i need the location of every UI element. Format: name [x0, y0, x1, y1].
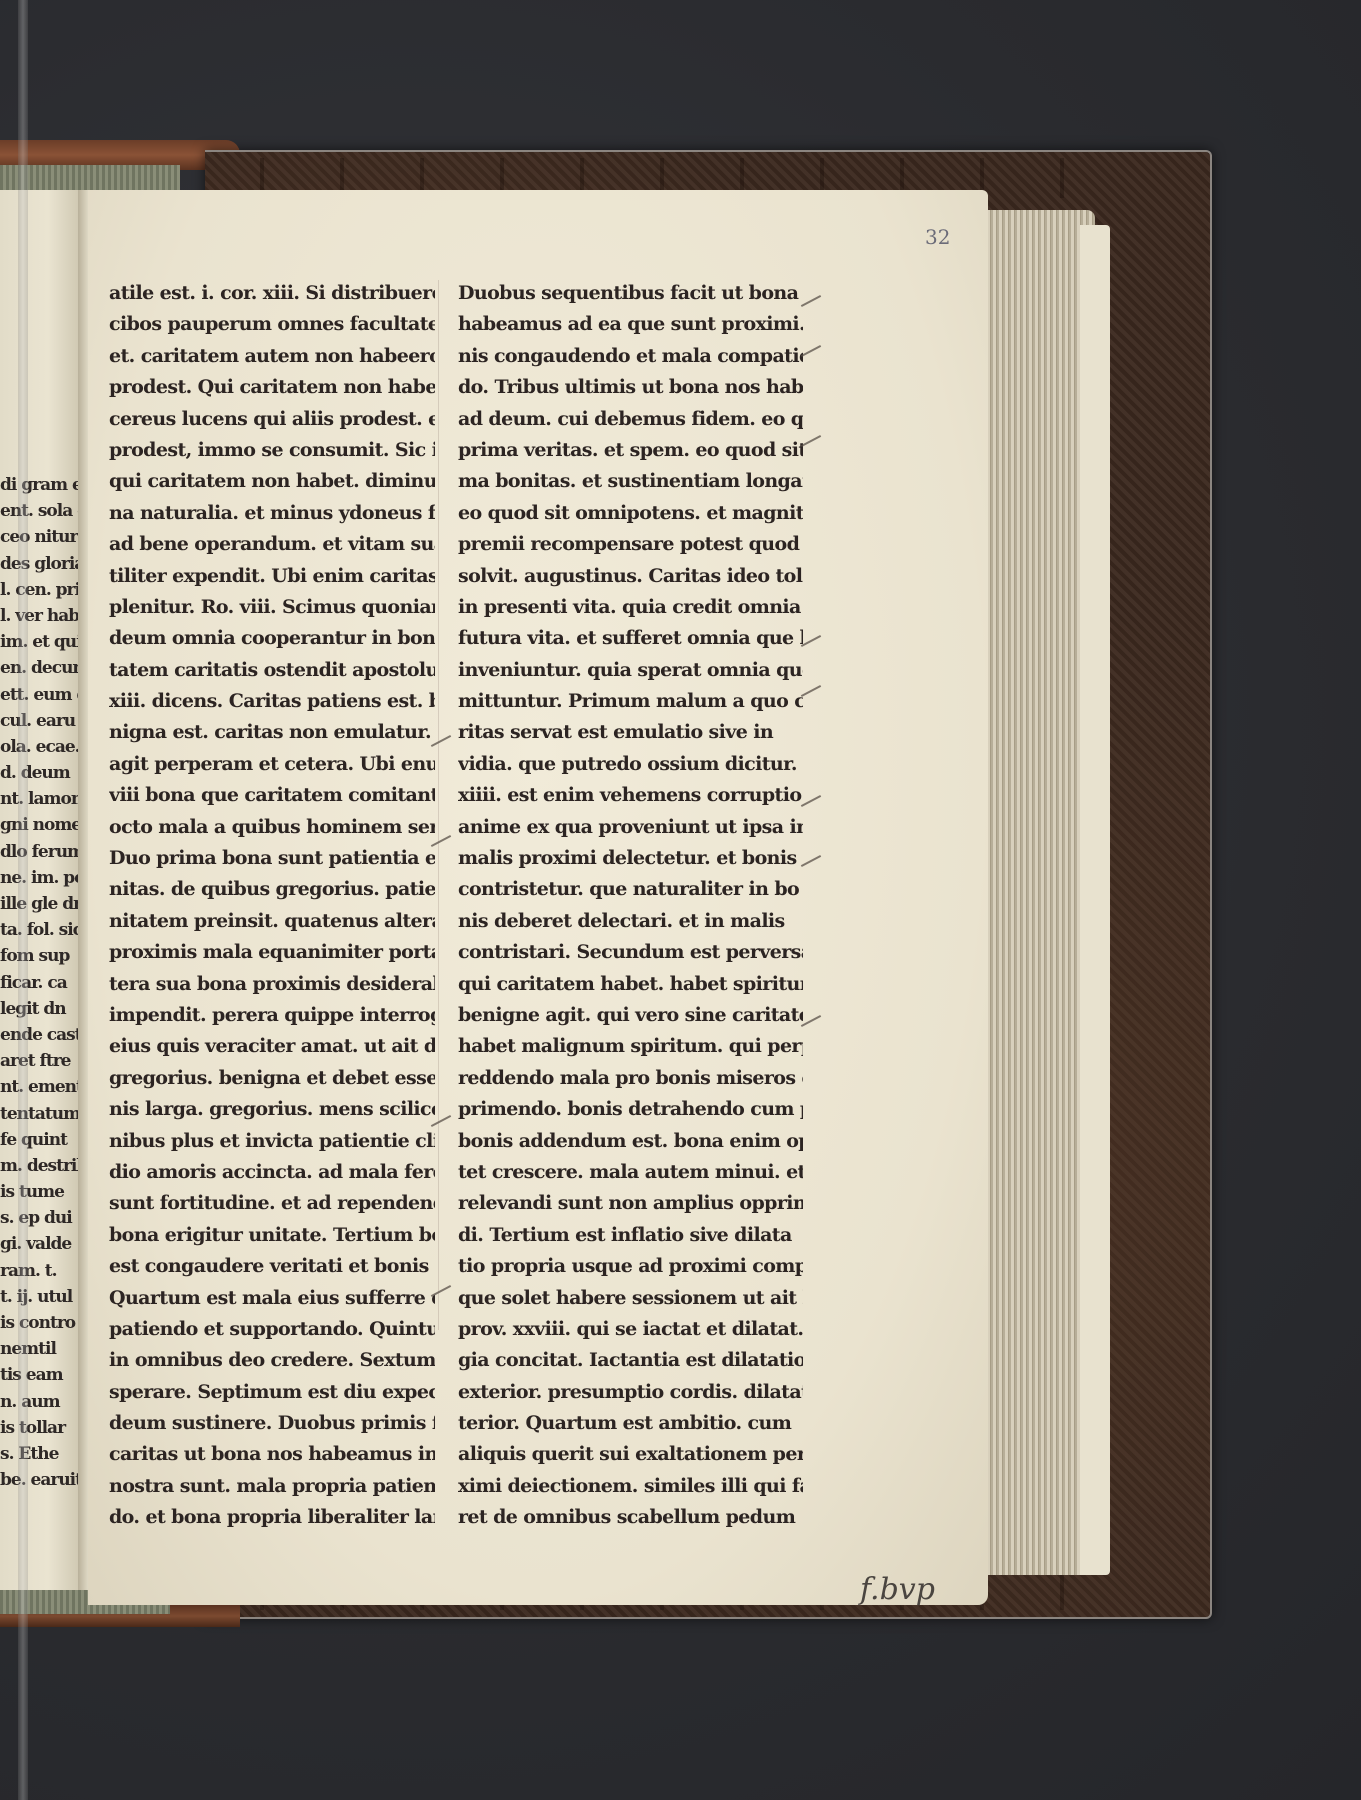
text-line: cereus lucens qui aliis prodest. et sibi…	[109, 404, 435, 435]
text-line: tiliter expendit. Ubi enim caritas omnia	[109, 561, 435, 592]
text-line: nibus plus et invicta patientie clipeo. …	[109, 1126, 435, 1157]
text-line: gia concitat. Iactantia est dilatatio	[458, 1345, 803, 1376]
verso-page-edge: di gram euent. sola eamceo nitur mides g…	[0, 190, 80, 1605]
text-column-a: atile est. i. cor. xiii. Si distribuero …	[109, 278, 435, 1534]
text-line: primendo. bonis detrahendo cum potius	[458, 1094, 803, 1125]
text-line: eo quod sit omnipotens. et magnitudine	[458, 498, 803, 529]
text-line: m. destribu	[0, 1156, 80, 1182]
text-line: mittuntur. Primum malum a quo ca	[458, 686, 803, 717]
endleaf-edge	[1080, 225, 1110, 1575]
column-ruling-line	[438, 280, 439, 1330]
text-line: ad bene operandum. et vitam suam inu	[109, 529, 435, 560]
text-column-b: Duobus sequentibus facit ut bona noshabe…	[458, 278, 803, 1534]
text-line: ne. im. pon	[0, 868, 80, 894]
text-line: di. Tertium est inflatio sive dilata	[458, 1220, 803, 1251]
text-line: solvit. augustinus. Caritas ideo tolerat	[458, 561, 803, 592]
text-line: dio amoris accincta. ad mala ferenda	[109, 1157, 435, 1188]
text-line: aret ftre	[0, 1051, 80, 1077]
text-line: patiendo et supportando. Quintum est	[109, 1314, 435, 1345]
page-edges	[985, 210, 1095, 1575]
text-line: cul. earu	[0, 711, 80, 737]
text-line: ille gle dn	[0, 894, 80, 920]
glass-clamp-strip	[18, 0, 28, 1800]
text-line: tis eam	[0, 1365, 80, 1391]
text-line: gi. valde	[0, 1234, 80, 1260]
text-line: nt. ementur	[0, 1077, 80, 1103]
text-line: caritas ut bona nos habeamus in hiis que	[109, 1439, 435, 1470]
text-line: nemtil	[0, 1339, 80, 1365]
text-line: xiiii. est enim vehemens corruptio	[458, 780, 803, 811]
text-line: do. et bona propria liberaliter largiend…	[109, 1502, 435, 1533]
recto-page: atile est. i. cor. xiii. Si distribuero …	[88, 190, 988, 1605]
text-line: do. Tribus ultimis ut bona nos habea	[458, 372, 803, 403]
text-line: exterior. presumptio cordis. dilatatio i…	[458, 1377, 803, 1408]
text-line: deum omnia cooperantur in bonum. Utili	[109, 623, 435, 654]
text-line: atile est. i. cor. xiii. Si distribuero …	[109, 278, 435, 309]
text-line: habeamus ad ea que sunt proximi. bo	[458, 309, 803, 340]
text-line: agit perperam et cetera. Ubi enumerantur	[109, 749, 435, 780]
text-line: et. caritatem autem non habeero nichil m…	[109, 341, 435, 372]
text-line: bonis addendum est. bona enim opor	[458, 1126, 803, 1157]
text-line: Duobus sequentibus facit ut bona nos	[458, 278, 803, 309]
text-line: viii bona que caritatem comitantur. et	[109, 780, 435, 811]
text-line: gni nomen	[0, 815, 80, 841]
text-line: contristari. Secundum est perversa actio…	[458, 937, 803, 968]
text-line: fe quint	[0, 1130, 80, 1156]
text-line: eius quis veraciter amat. ut ait de	[109, 1031, 435, 1062]
text-line: l. cen. prima	[0, 580, 80, 606]
text-line: s. Ethe	[0, 1444, 80, 1470]
text-line: ett. eum q	[0, 685, 80, 711]
text-line: est congaudere veritati et bonis proximi…	[109, 1251, 435, 1282]
text-line: xiii. dicens. Caritas patiens est. be	[109, 686, 435, 717]
text-line: reddendo mala pro bonis miseros op	[458, 1063, 803, 1094]
text-line: nostra sunt. mala propria patienter port…	[109, 1471, 435, 1502]
text-line: en. decum q	[0, 658, 80, 684]
text-line: ma bonitas. et sustinentiam longam	[458, 466, 803, 497]
text-line: habet malignum spiritum. qui perperam ag…	[458, 1031, 803, 1062]
text-line: tet crescere. mala autem minui. et nichi…	[458, 1157, 803, 1188]
text-line: sperare. Septimum est diu expectando	[109, 1377, 435, 1408]
text-line: nitatem preinsit. quatenus altera illata…	[109, 906, 435, 937]
text-line: di gram eu	[0, 475, 80, 501]
text-line: qui caritatem habet. habet spiritum sanc…	[458, 969, 803, 1000]
text-line: relevandi sunt non amplius oppriman	[458, 1188, 803, 1219]
text-line: prima veritas. et spem. eo quod sit sum	[458, 435, 803, 466]
text-line: Duo prima bona sunt patientia et benig	[109, 843, 435, 874]
text-line: nis larga. gregorius. mens scilicet in t…	[109, 1094, 435, 1125]
text-line: plenitur. Ro. viii. Scimus quoniam dilig…	[109, 592, 435, 623]
text-line: ent. sola eam	[0, 501, 80, 527]
text-line: Quartum est mala eius sufferre com	[109, 1283, 435, 1314]
text-line: ximi deiectionem. similes illi qui face	[458, 1471, 803, 1502]
folio-number: 32	[925, 225, 950, 249]
pencil-annotation: f.bvp	[860, 1572, 935, 1607]
text-line: anime ex qua proveniunt ut ipsa in	[458, 812, 803, 843]
text-line: terior. Quartum est ambitio. cum	[458, 1408, 803, 1439]
text-line: ad deum. cui debemus fidem. eo quod sit	[458, 404, 803, 435]
text-line: tatem caritatis ostendit apostolus. i. c…	[109, 655, 435, 686]
text-line: na naturalia. et minus ydoneus fit	[109, 498, 435, 529]
text-line: ram. t.	[0, 1261, 80, 1287]
text-line: l. ver habet eu	[0, 606, 80, 632]
text-line: tera sua bona proximis desiderabiliter	[109, 969, 435, 1000]
text-line: ta. fol. sic	[0, 920, 80, 946]
text-line: premii recompensare potest quod tarde	[458, 529, 803, 560]
text-line: gregorius. benigna et debet esse caritas…	[109, 1063, 435, 1094]
text-line: n. aum	[0, 1392, 80, 1418]
text-line: ende casti	[0, 1025, 80, 1051]
text-line: ficar. ca	[0, 973, 80, 999]
text-line: is tume	[0, 1182, 80, 1208]
text-line: nigna est. caritas non emulatur. non	[109, 717, 435, 748]
text-line: sunt fortitudine. et ad rependenda	[109, 1188, 435, 1219]
text-line: benigne agit. qui vero sine caritate est	[458, 1000, 803, 1031]
text-line: nis congaudendo et mala compatien	[458, 341, 803, 372]
text-line: nt. lamoni	[0, 789, 80, 815]
text-line: qui caritatem non habet. diminuuntur bo	[109, 466, 435, 497]
text-line: in presenti vita. quia credit omnia de	[458, 592, 803, 623]
verso-text-fragments: di gram euent. sola eamceo nitur mides g…	[0, 475, 80, 1496]
text-line: nitas. de quibus gregorius. patientiam e…	[109, 874, 435, 905]
text-line: prov. xxviii. qui se iactat et dilatat. …	[458, 1314, 803, 1345]
text-line: in omnibus deo credere. Sextum omnia	[109, 1345, 435, 1376]
text-line: ola. ecae. q	[0, 737, 80, 763]
text-line: tio propria usque ad proximi compression…	[458, 1251, 803, 1282]
text-line: vidia. que putredo ossium dicitur. prov.	[458, 749, 803, 780]
text-line: bona erigitur unitate. Tertium bonum	[109, 1220, 435, 1251]
text-line: s. ep dui	[0, 1208, 80, 1234]
text-line: deum sustinere. Duobus primis facit	[109, 1408, 435, 1439]
text-line: dlo ferum	[0, 842, 80, 868]
text-line: be. earuit	[0, 1470, 80, 1496]
text-line: is contro	[0, 1313, 80, 1339]
text-line: ritas servat est emulatio sive in	[458, 717, 803, 748]
text-line: nis deberet delectari. et in malis	[458, 906, 803, 937]
text-line: t. ij. utul	[0, 1287, 80, 1313]
text-line: impendit. perera quippe interrogat. si q	[109, 1000, 435, 1031]
text-line: contristetur. que naturaliter in bo	[458, 874, 803, 905]
text-line: prodest. Qui caritatem non habet est sic…	[109, 372, 435, 403]
text-line: ret de omnibus scabellum pedum	[458, 1502, 803, 1533]
text-line: cibos pauperum omnes facultates meas	[109, 309, 435, 340]
text-line: des gloria	[0, 554, 80, 580]
text-line: legit dn	[0, 999, 80, 1025]
text-line: proximis mala equanimiter portat al	[109, 937, 435, 968]
text-line: tentatum	[0, 1104, 80, 1130]
text-line: fom sup	[0, 946, 80, 972]
text-line: ceo nitur mi	[0, 527, 80, 553]
text-line: malis proximi delectetur. et bonis	[458, 843, 803, 874]
text-line: que solet habere sessionem ut ait bernar…	[458, 1283, 803, 1314]
text-line: is tollar	[0, 1418, 80, 1444]
text-line: aliquis querit sui exaltationem per pro	[458, 1439, 803, 1470]
text-line: inveniuntur. quia sperat omnia que ibi p	[458, 655, 803, 686]
text-line: futura vita. et sufferet omnia que hic	[458, 623, 803, 654]
text-line: d. deum	[0, 763, 80, 789]
text-line: octo mala a quibus hominem servat.	[109, 812, 435, 843]
text-line: prodest, immo se consumit. Sic in eo	[109, 435, 435, 466]
text-line: im. et qui u	[0, 632, 80, 658]
